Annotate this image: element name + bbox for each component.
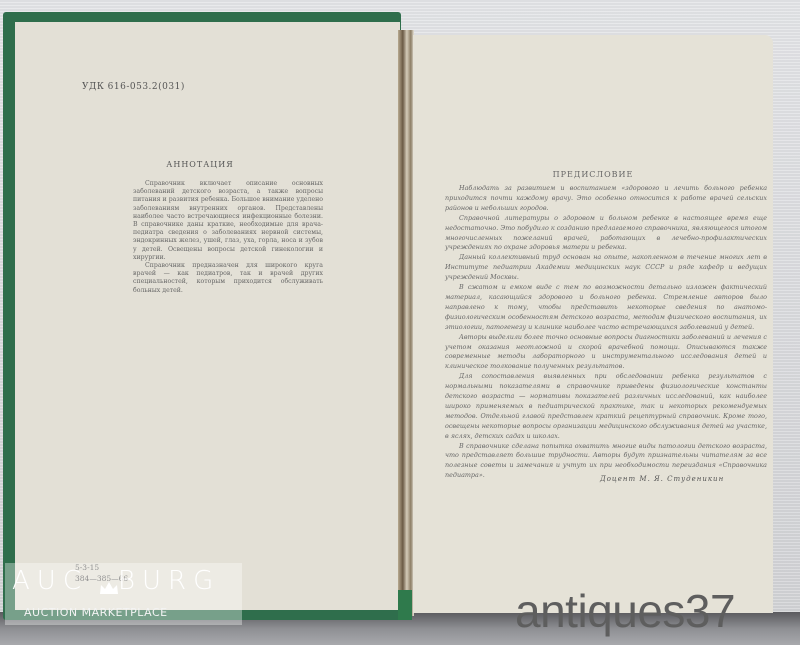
preface-paragraph: В сжатом и емком виде с тем по возможнос…	[445, 283, 767, 333]
brand-part: AUC	[12, 566, 88, 596]
antiques37-watermark: antiques37	[515, 586, 735, 636]
annotation-paragraph: Справочник предназначен для широкого кру…	[133, 262, 323, 295]
annotation-title: АННОТАЦИЯ	[0, 160, 400, 169]
book-spine	[398, 30, 414, 616]
preface-paragraph: Справочной литературы о здоровом и больн…	[445, 214, 767, 254]
annotation-body: Справочник включает описание основных за…	[133, 180, 323, 295]
aucburg-watermark-subtitle: AUCTION MARKETPLACE	[24, 606, 168, 619]
spine-cover-edge	[398, 590, 412, 620]
preface-paragraph: Авторы выделили более точно основные воп…	[445, 333, 767, 373]
preface-signature: Доцент М. Я. Студеникин	[600, 475, 724, 483]
crown-icon	[98, 580, 120, 596]
udk-code: УДК 616-053.2(031)	[82, 82, 185, 92]
preface-title: ПРЕДИСЛОВИЕ	[413, 170, 773, 179]
preface-paragraph: Наблюдать за развитием и воспитанием «зд…	[445, 184, 767, 214]
annotation-paragraph: Справочник включает описание основных за…	[133, 180, 323, 262]
preface-body: Наблюдать за развитием и воспитанием «зд…	[445, 184, 767, 481]
left-page: УДК 616-053.2(031) 5-3-15 384—385—66	[15, 22, 400, 610]
brand-part: BURG	[118, 566, 220, 596]
preface-paragraph: Данный коллективный труд основан на опыт…	[445, 253, 767, 283]
preface-paragraph: Для сопоставления выявленных при обследо…	[445, 372, 767, 441]
